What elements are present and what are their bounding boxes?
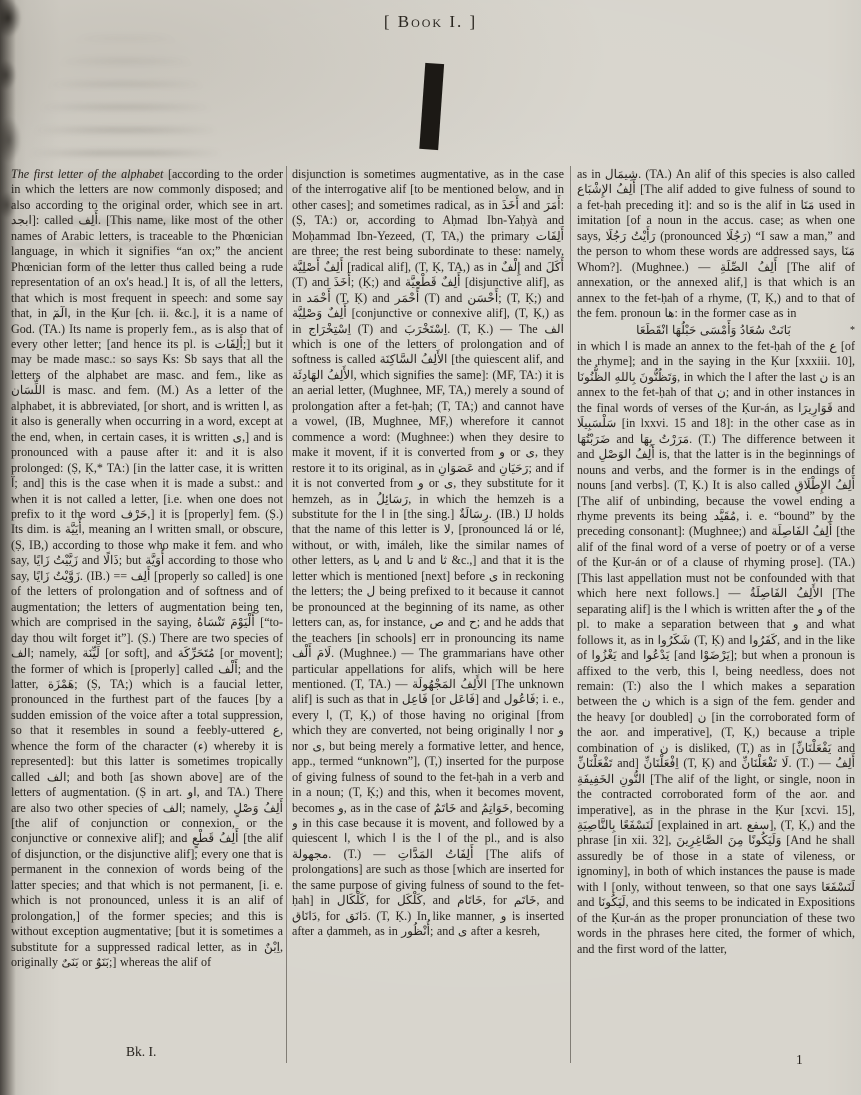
text-column-right: as in شِيمَال. (TA.) An alif of this spe… — [577, 167, 855, 1065]
book-signature: Bk. I. — [126, 1044, 156, 1060]
verse-line: *بَانَتْ سُعَادُ وَأَمْسَى حَبْلُهَا انْ… — [577, 322, 855, 339]
verse-text: بَانَتْ سُعَادُ وَأَمْسَى حَبْلُهَا انْق… — [636, 323, 791, 337]
entry-body: in which ا is made an annex to the fet-ḥ… — [577, 339, 855, 956]
page-number: 1 — [796, 1052, 803, 1068]
entry-lead: The first letter of the alphabet — [11, 167, 163, 181]
verse-marker: * — [850, 323, 855, 338]
entry-body: [according to the order in which the let… — [11, 167, 283, 969]
book-header: [ Book I. ] — [0, 12, 861, 32]
alif-letterform-glyph: ا — [395, 57, 467, 177]
entry-body: as in شِيمَال. (TA.) An alif of this spe… — [577, 167, 855, 320]
column-divider — [286, 166, 287, 1063]
lexicon-page: [ Book I. ] ا The first letter of the al… — [0, 0, 861, 1095]
column-divider — [570, 166, 571, 1063]
text-column-middle: disjunction is sometimes augmentative, a… — [292, 167, 564, 1065]
text-column-left: The first letter of the alphabet [accord… — [11, 167, 283, 1065]
entry-body: disjunction is sometimes augmentative, a… — [292, 167, 564, 938]
